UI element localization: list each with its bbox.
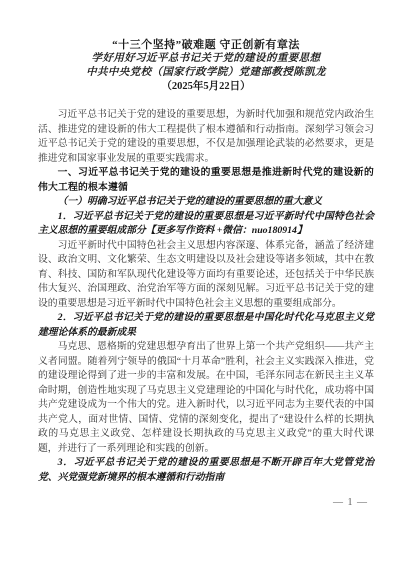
- document-author-line: 中共中央党校（国家行政学院）党建部教授陈凯龙: [38, 66, 374, 80]
- point-heading-2: 2．习近平总书记关于党的建设的重要思想是中国化时代化马克思主义党建理论体系的最新…: [38, 311, 374, 340]
- title-block: “十三个坚持”破难题 守正创新有章法 学好用好习近平总书记关于党的建设的重要思想…: [38, 38, 374, 94]
- subsection-heading-one: （一）明确习近平总书记关于党的建设的重要思想的重大意义: [38, 195, 374, 210]
- document-body: 习近平总书记关于党的建设的重要思想，为新时代加强和规范党内政治生活、推进党的建设…: [38, 108, 374, 485]
- document-title: “十三个坚持”破难题 守正创新有章法: [38, 38, 374, 52]
- body-paragraph-2: 马克思、恩格斯的党建思想孕育出了世界上第一个共产党组织——共产主义者同盟。随着列…: [38, 340, 374, 456]
- document-subtitle: 学好用好习近平总书记关于党的建设的重要思想: [38, 52, 374, 66]
- document-page: “十三个坚持”破难题 守正创新有章法 学好用好习近平总书记关于党的建设的重要思想…: [0, 0, 410, 580]
- page-number: — 1 —: [38, 497, 374, 508]
- document-date: （2025年5月22日）: [38, 80, 374, 94]
- point-heading-3: 3．习近平总书记关于党的建设的重要思想是不断开辟百年大党管党治党、兴党强党新境界…: [38, 456, 374, 485]
- body-paragraph-1: 习近平新时代中国特色社会主义思想内容深邃、体系完备，涵盖了经济建设、政治文明、文…: [38, 239, 374, 312]
- point-heading-1: 1．习近平总书记关于党的建设的重要思想是习近平新时代中国特色社会主义思想的重要组…: [38, 210, 374, 239]
- section-heading-one: 一、习近平总书记关于党的建设的重要思想是推进新时代党的建设新的伟大工程的根本遵循: [38, 166, 374, 195]
- intro-paragraph: 习近平总书记关于党的建设的重要思想，为新时代加强和规范党内政治生活、推进党的建设…: [38, 108, 374, 166]
